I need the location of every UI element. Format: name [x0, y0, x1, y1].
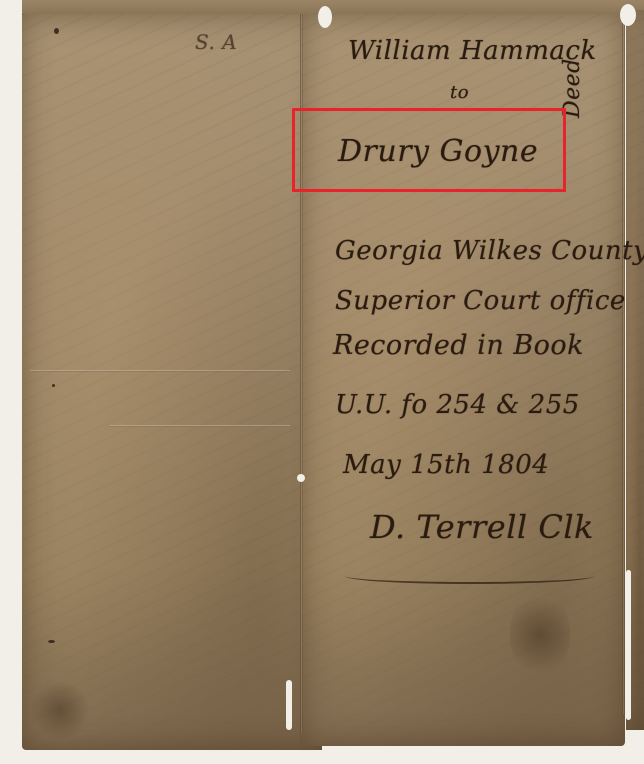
water-stain	[30, 680, 90, 740]
paper-hole	[297, 474, 305, 482]
paper-tear	[318, 6, 332, 28]
top-left-mark: S. A	[195, 30, 237, 54]
connector-line: to	[450, 82, 469, 103]
signature-flourish	[345, 568, 595, 584]
county-line: Georgia Wilkes County	[335, 236, 644, 266]
water-stain	[510, 590, 570, 680]
horizontal-crease	[110, 425, 290, 427]
ink-spot	[48, 640, 55, 643]
folio-line: U.U. fo 254 & 255	[335, 390, 580, 420]
court-line: Superior Court office	[335, 286, 626, 316]
paper-tear	[620, 4, 636, 26]
paper-tear	[626, 570, 631, 720]
ink-spot	[54, 28, 59, 34]
date-line: May 15th 1804	[343, 450, 549, 480]
horizontal-crease	[30, 370, 290, 372]
ink-spot	[52, 384, 55, 387]
paper-left-panel	[22, 14, 322, 750]
right-fold-crease	[622, 14, 625, 714]
paper-tear	[286, 680, 292, 730]
paper-top-strip	[22, 0, 644, 15]
highlight-box-grantee	[292, 108, 566, 192]
recorded-line: Recorded in Book	[333, 330, 584, 361]
clerk-signature: D. Terrell Clk	[370, 508, 594, 546]
